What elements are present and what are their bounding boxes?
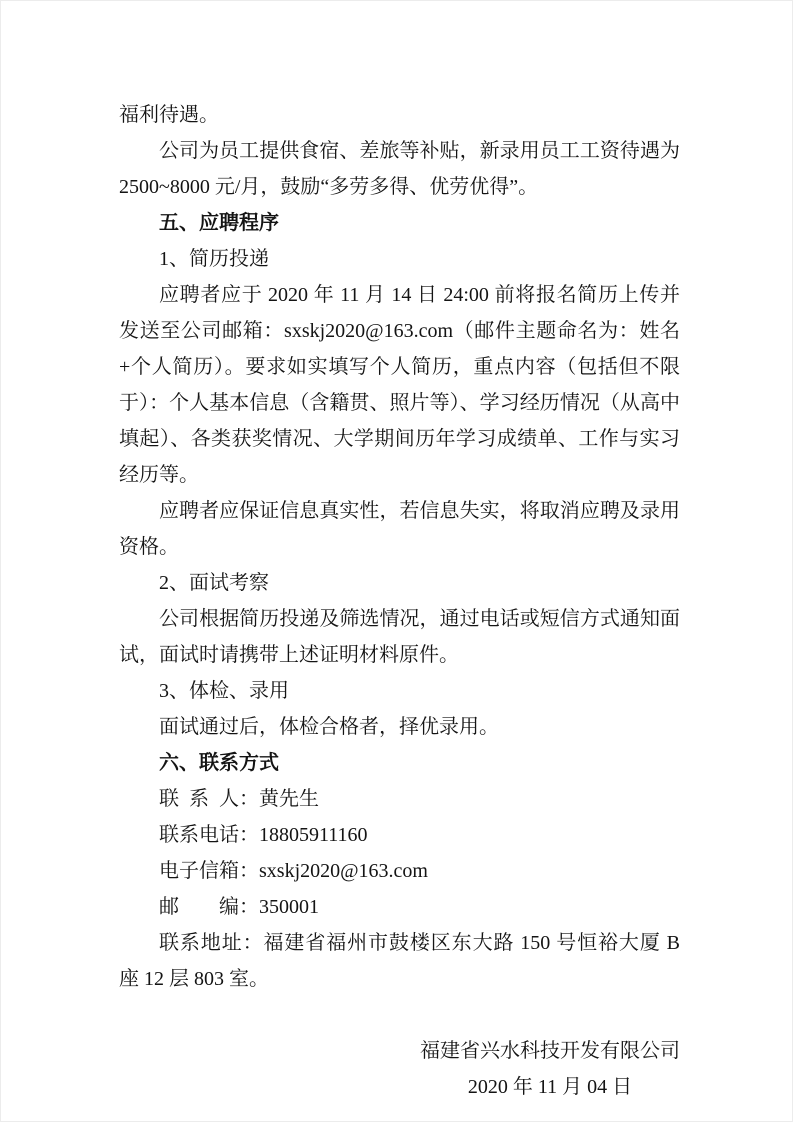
signature-company-name: 福建省兴水科技开发有限公司 xyxy=(420,1033,680,1069)
signature-inner: 福建省兴水科技开发有限公司 2020 年 11 月 04 日 xyxy=(420,1033,680,1105)
contact-postal-code-line: 邮 编：350001 xyxy=(119,889,680,925)
signature-block: 福建省兴水科技开发有限公司 2020 年 11 月 04 日 xyxy=(119,1033,680,1105)
contact-email-line: 电子信箱：sxskj2020@163.com xyxy=(119,853,680,889)
contact-person-line: 联 系 人：黄先生 xyxy=(119,781,680,817)
paragraph-interview-notice: 公司根据简历投递及筛选情况，通过电话或短信方式通知面试，面试时请携带上述证明材料… xyxy=(119,601,680,673)
contact-address-line: 联系地址：福建省福州市鼓楼区东大路 150 号恒裕大厦 B 座 12 层 803… xyxy=(119,925,680,997)
contact-phone-line: 联系电话：18805911160 xyxy=(119,817,680,853)
document-page: 福利待遇。 公司为员工提供食宿、差旅等补贴，新录用员工工资待遇为 2500~80… xyxy=(0,0,793,1122)
heading-section-6-contact-info: 六、联系方式 xyxy=(119,745,680,781)
signature-date: 2020 年 11 月 04 日 xyxy=(420,1069,680,1105)
paragraph-hiring-decision: 面试通过后，体检合格者，择优录用。 xyxy=(119,709,680,745)
heading-section-5-application-procedure: 五、应聘程序 xyxy=(119,205,680,241)
document-body: 福利待遇。 公司为员工提供食宿、差旅等补贴，新录用员工工资待遇为 2500~80… xyxy=(119,97,680,1105)
item-interview: 2、面试考察 xyxy=(119,565,680,601)
paragraph-welfare-continuation: 福利待遇。 xyxy=(119,97,680,133)
item-resume-submission: 1、简历投递 xyxy=(119,241,680,277)
paragraph-salary: 公司为员工提供食宿、差旅等补贴，新录用员工工资待遇为 2500~8000 元/月… xyxy=(119,133,680,205)
paragraph-resume-requirements: 应聘者应于 2020 年 11 月 14 日 24:00 前将报名简历上传并发送… xyxy=(119,277,680,493)
paragraph-truthfulness-notice: 应聘者应保证信息真实性，若信息失实，将取消应聘及录用资格。 xyxy=(119,493,680,565)
item-physical-exam-hiring: 3、体检、录用 xyxy=(119,673,680,709)
